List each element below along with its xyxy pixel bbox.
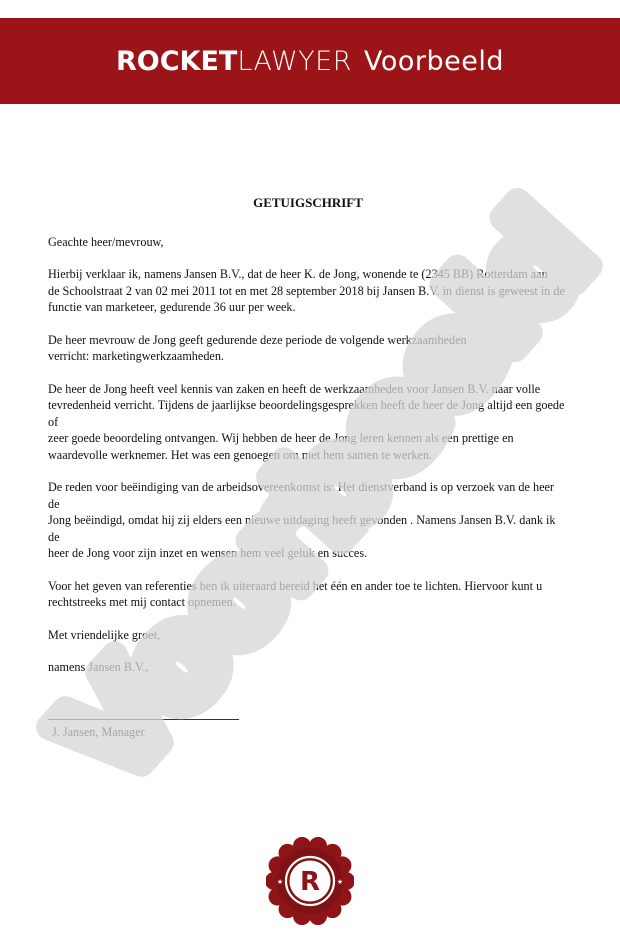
- brand-name-light: LAWYER: [237, 46, 352, 77]
- signatory-name: J. Jansen, Manager: [52, 724, 568, 741]
- on-behalf-of: namens Jansen B.V.,: [48, 659, 568, 676]
- svg-text:★: ★: [277, 878, 283, 886]
- salutation: Geachte heer/mevrouw,: [48, 234, 568, 251]
- svg-text:★: ★: [337, 878, 343, 886]
- paragraph-employment: Hierbij verklaar ik, namens Jansen B.V.,…: [48, 266, 568, 316]
- rocket-lawyer-seal-icon: R ★ ★: [266, 837, 354, 925]
- document-body: GETUIGSCHRIFT Geachte heer/mevrouw, Hier…: [48, 195, 568, 740]
- top-margin: [0, 0, 620, 18]
- header-banner: ROCKETLAWYER Voorbeeld: [0, 18, 620, 104]
- brand-name-bold: ROCKET: [116, 46, 237, 77]
- paragraph-assessment: De heer de Jong heeft veel kennis van za…: [48, 381, 568, 464]
- paragraph-references: Voor het geven van referenties ben ik ui…: [48, 578, 568, 611]
- closing: Met vriendelijke groet,: [48, 627, 568, 644]
- seal-letter: R: [300, 867, 320, 897]
- example-label: Voorbeeld: [364, 46, 504, 77]
- signature-line: [48, 719, 239, 720]
- document-title: GETUIGSCHRIFT: [48, 195, 568, 212]
- paragraph-duties: De heer mevrouw de Jong geeft gedurende …: [48, 332, 568, 365]
- paragraph-termination: De reden voor beëindiging van de arbeids…: [48, 479, 568, 562]
